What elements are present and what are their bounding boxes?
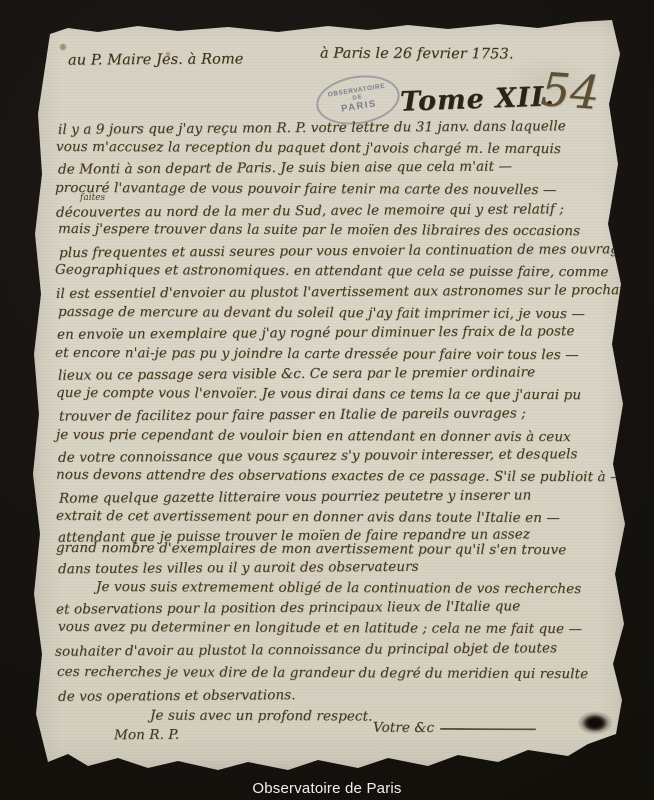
folio-number: 54 — [539, 62, 601, 120]
manuscript-line: grand nombre d'exemplaires de mon averti… — [56, 540, 566, 558]
manuscript-line: en envoïe un exemplaire que j'ay rogné p… — [57, 323, 575, 343]
closing-signature: Votre &c — [373, 720, 536, 737]
manuscript-line: mais j'espere trouver dans la suite par … — [58, 221, 580, 239]
manuscript-line: nous devons attendre des observations ex… — [56, 467, 624, 485]
manuscript-line: dans toutes les villes ou il y auroit de… — [58, 559, 419, 578]
manuscript-line: procuré l'avantage de vous pouvoir faire… — [55, 180, 557, 198]
manuscript-line: de votre connoissance que vous sçaurez s… — [58, 446, 578, 466]
manuscript-line: extrait de cet avertissement pour en don… — [56, 508, 560, 526]
manuscript-line: que je compte vous l'envoïer. Je vous di… — [56, 385, 581, 403]
manuscript-line: il y a 9 jours que j'ay reçu mon R. P. v… — [58, 118, 566, 138]
manuscript-line: lieux ou ce passage sera visible &c. Ce … — [58, 364, 535, 383]
manuscript-line: Geographiques et astronomiques. en atten… — [55, 262, 609, 280]
manuscript-line: passage de mercure au devant du soleil q… — [58, 304, 585, 322]
closing-salutation: Mon R. P. — [114, 727, 179, 743]
manuscript-line: vous avez pu determiner en longitude et … — [58, 619, 582, 637]
letter-page: au P. Maire Jes. à Rome à Paris le 26 fe… — [28, 14, 628, 774]
manuscript-line: plus frequentes et aussi seures pour vou… — [59, 241, 652, 261]
manuscript-line: et observations pour la position des pri… — [56, 598, 520, 617]
manuscript-photo-viewer: au P. Maire Jes. à Rome à Paris le 26 fe… — [0, 0, 654, 800]
manuscript-line: il est essentiel d'envoier au plustot l'… — [56, 282, 633, 302]
manuscript-line: de vos operations et observations. — [58, 687, 296, 705]
photo-caption: Observatoire de Paris — [0, 780, 654, 797]
manuscript-line: je vous prie cependant de vouloir bien e… — [56, 427, 571, 445]
manuscript-line: Je vous suis extremement obligé de la co… — [96, 579, 581, 597]
manuscript-line: de Monti à son depart de Paris. Je suis … — [58, 158, 512, 177]
signature-text: Votre &c — [373, 720, 434, 736]
signature-flourish — [440, 727, 536, 729]
manuscript-line: Rome quelque gazette litteraire vous pou… — [59, 487, 531, 506]
closing-respect-line: Je suis avec un profond respect. — [150, 708, 373, 725]
manuscript-line: vous m'accusez la reception du paquet do… — [56, 139, 561, 157]
dateline: à Paris le 26 fevrier 1753. — [320, 46, 514, 63]
manuscript-line: ces recherches je veux dire de la grande… — [57, 664, 588, 682]
manuscript-line: et encore n'ai-je pas pu y joindre la ca… — [55, 345, 579, 363]
manuscript-line: découvertes au nord de la mer du Sud, av… — [56, 201, 564, 221]
manuscript-line: souhaiter d'avoir au plustot la connoiss… — [55, 640, 557, 660]
manuscript-line: trouver de facilitez pour faire passer e… — [59, 405, 526, 424]
recipient-line: au P. Maire Jes. à Rome — [68, 51, 244, 68]
volume-label: Tome XII. — [400, 81, 556, 117]
stamp-line-3: PARIS — [341, 99, 378, 115]
